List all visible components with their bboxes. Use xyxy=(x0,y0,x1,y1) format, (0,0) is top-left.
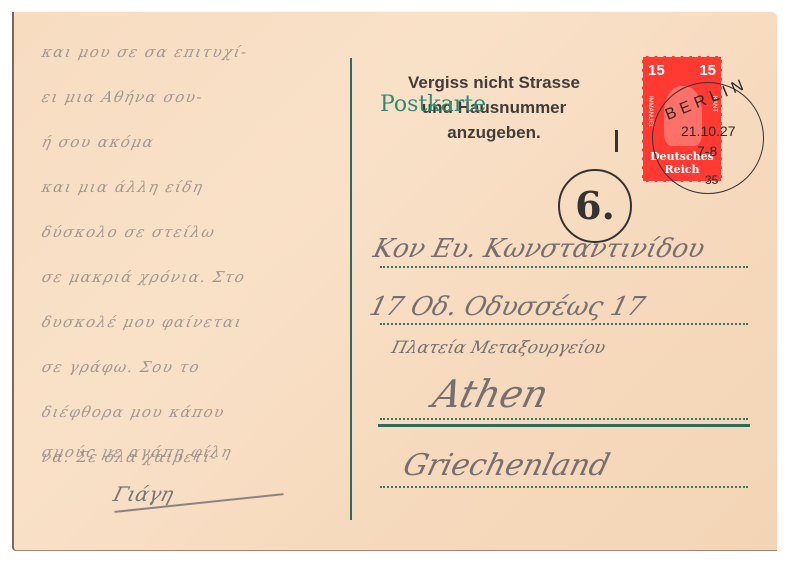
address-line xyxy=(380,266,748,268)
district-number-stamp: 6. xyxy=(558,169,632,243)
postkarte-title: Postkarte xyxy=(380,92,486,117)
signature: Γιάγη xyxy=(111,482,177,506)
postmark-time: 7-8 xyxy=(697,143,717,159)
message-line: και μια άλλη είδη xyxy=(37,165,347,210)
address-line xyxy=(380,486,748,488)
postmark-date: 21.10.27 xyxy=(681,123,736,139)
stamp-value-right: 15 xyxy=(699,62,716,79)
stamp-value-left: 15 xyxy=(648,62,665,79)
message-line: δύσκολο σε στείλω xyxy=(37,210,347,255)
message-line: ή σου ακόμα xyxy=(37,120,347,165)
address-street: 17 Οδ. Οδυσσέως 17 xyxy=(366,292,648,322)
message-line: σε μακριά χρόνια. Στο xyxy=(37,255,347,300)
center-divider xyxy=(350,58,352,520)
ink-mark xyxy=(615,130,618,152)
address-underline xyxy=(378,424,750,427)
cachet-line: anzugeben. xyxy=(374,120,614,145)
message-line: σε γράφω. Σου το xyxy=(37,345,347,390)
message-line: και μου σε σα επιτυχί- xyxy=(37,30,347,75)
address-line xyxy=(380,323,748,325)
message-line: διέφθορα μου κάπου xyxy=(37,390,347,435)
stamp-left-text: IMMANUEL xyxy=(647,96,653,128)
message-line: δυσκολέ μου φαίνεται xyxy=(37,300,347,345)
message-line: ει μια Αθήνα σου- xyxy=(37,75,347,120)
address-city: Athen xyxy=(429,372,553,416)
address-country: Griechenland xyxy=(400,448,614,483)
handwritten-message: και μου σε σα επιτυχί- ει μια Αθήνα σου-… xyxy=(42,30,342,480)
address-line xyxy=(380,418,748,420)
postmark-office: 35 xyxy=(705,173,718,187)
address-name: Κον Ευ. Κωνσταντινίδου xyxy=(370,234,708,264)
postmark: BERLIN 21.10.27 7-8 35 xyxy=(652,82,764,194)
address-district: Πλατεία Μεταξουργείου xyxy=(390,338,608,358)
message-line: σμούς με αγάπη φίλη xyxy=(37,430,237,475)
postcard: και μου σε σα επιτυχί- ει μια Αθήνα σου-… xyxy=(12,12,777,551)
